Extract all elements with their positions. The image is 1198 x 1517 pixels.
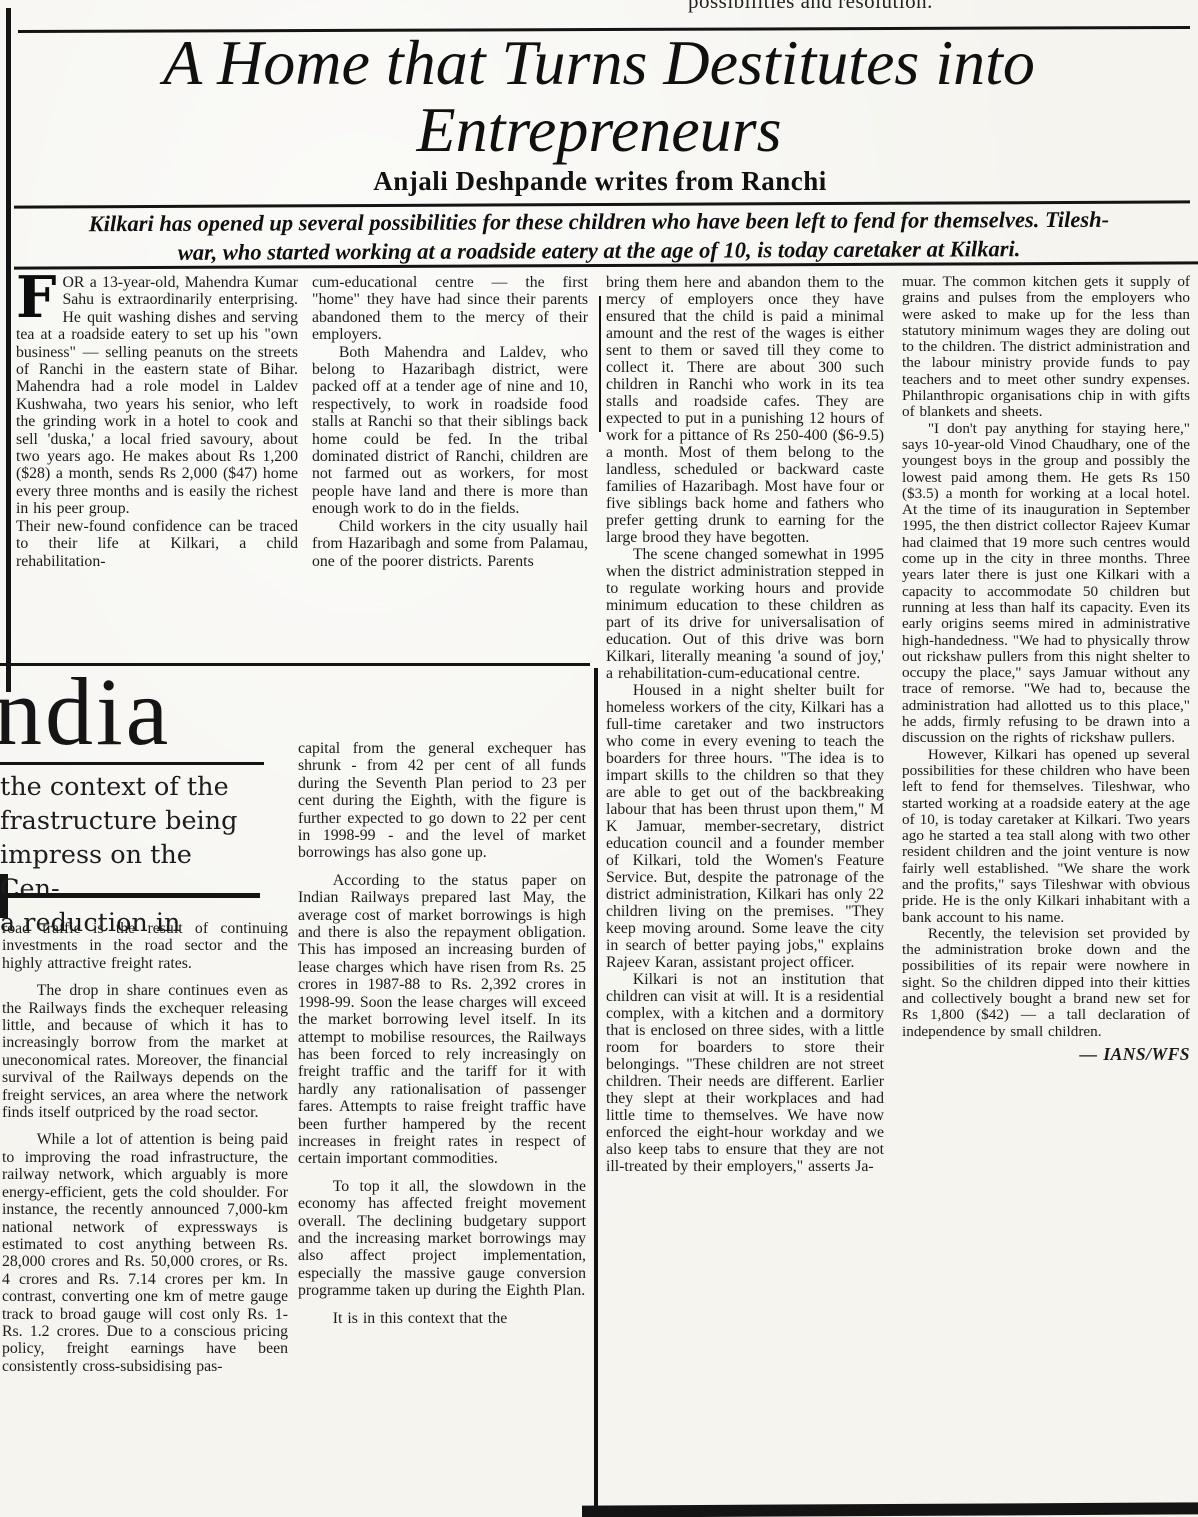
secondary-standfirst-fragment: the context of the frastructure being im…: [0, 770, 256, 940]
paragraph: Child workers in the city usually hail f…: [312, 518, 588, 570]
paragraph: cum-educational centre — the first "home…: [312, 274, 588, 344]
left-page-border: [6, 8, 11, 692]
newspaper-page: possibilities and resolution. A Home tha…: [0, 0, 1198, 1517]
secondary-headline-fragment: ndia: [0, 664, 171, 760]
column3-left-rule-artifact: [599, 296, 601, 432]
article-standfirst: Kilkari has opened up several possibilit…: [24, 205, 1174, 268]
lead-paragraph: FOR a 13-year-old, Mahendra Kumar Sahu i…: [16, 274, 298, 518]
article-byline: Anjali Deshpande writes from Ranchi: [100, 166, 1100, 197]
paragraph: bring them here and abandon them to the …: [606, 274, 884, 546]
page-header-fragment: possibilities and resolution.: [688, 0, 1198, 14]
paragraph: The drop in share continues even as the …: [2, 982, 288, 1121]
paragraph: Housed in a night shelter built for home…: [606, 682, 884, 971]
dropcap-letter: F: [16, 274, 62, 320]
paragraph: capital from the general exchequer has s…: [298, 740, 586, 862]
paragraph: muar. The common kitchen gets it supply …: [902, 274, 1190, 421]
secondary-article-right-divider: [594, 668, 598, 1517]
paragraph: Recently, the television set provided by…: [902, 926, 1190, 1040]
article-title: A Home that Turns Destitutes into Entrep…: [40, 30, 1158, 163]
secondary-headline-rule: [0, 762, 264, 765]
main-article-column-2: cum-educational centre — the first "home…: [312, 274, 588, 662]
main-article-column-3: bring them here and abandon them to the …: [606, 274, 884, 1506]
main-article-column-4: muar. The common kitchen gets it supply …: [902, 274, 1190, 1514]
secondary-standfirst-line1: the context of the: [0, 770, 256, 804]
secondary-article-column-left: road traffic is the result of continuing…: [2, 920, 288, 1517]
paragraph: Kilkari is not an institution that child…: [606, 971, 884, 1175]
paragraph: Their new-found confidence can be traced…: [16, 518, 298, 570]
standfirst-line2: war, who started working at a roadside e…: [24, 234, 1174, 268]
article-title-line1: A Home that Turns Destitutes into: [40, 30, 1158, 97]
paragraph: Both Mahendra and Laldev, who belong to …: [312, 344, 588, 518]
paragraph: To top it all, the slowdown in the econo…: [298, 1178, 586, 1300]
paragraph: The scene changed somewhat in 1995 when …: [606, 546, 884, 682]
paragraph: According to the status paper on Indian …: [298, 872, 586, 1168]
main-article-column-1: FOR a 13-year-old, Mahendra Kumar Sahu i…: [16, 274, 298, 666]
secondary-standfirst-rule: [0, 893, 260, 898]
paragraph: While a lot of attention is being paid t…: [2, 1131, 288, 1375]
secondary-article-column-mid: capital from the general exchequer has s…: [298, 740, 586, 1517]
paragraph: "I don't pay anything for staying here,"…: [902, 421, 1190, 747]
article-title-line2: Entrepreneurs: [40, 97, 1158, 164]
paragraph: It is in this context that the: [298, 1310, 586, 1327]
standfirst-line1: Kilkari has opened up several possibilit…: [24, 205, 1174, 239]
news-agency-credit: — IANS/WFS: [902, 1046, 1190, 1062]
paragraph: road traffic is the result of continuing…: [2, 920, 288, 972]
paragraph: However, Kilkari has opened up several p…: [902, 747, 1190, 926]
bottom-black-bar: [582, 1502, 1198, 1517]
secondary-standfirst-line2: frastructure being: [0, 804, 256, 838]
